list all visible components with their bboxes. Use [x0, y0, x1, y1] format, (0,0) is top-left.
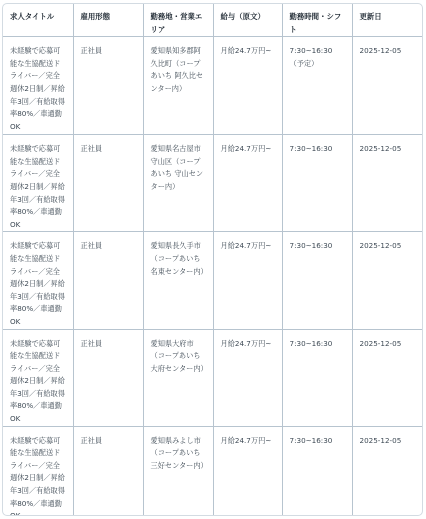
job-listings-table-container: 求人タイトル 雇用形態 勤務地・営業エリア 給与（原文） 勤務時間・シフト 更新…: [2, 3, 423, 516]
cell-employment-type: 正社員: [73, 426, 143, 516]
header-employment-type: 雇用形態: [73, 4, 143, 37]
table-row: 未経験で応募可能な生協配送ドライバー／完全週休2日制／昇給年3回／有給取得率80…: [3, 37, 423, 135]
cell-updated: 2025-12-05: [352, 135, 423, 232]
cell-hours: 7:30~16:30: [282, 232, 352, 329]
cell-location: 愛知県名古屋市守山区（コープあいち 守山センター内）: [143, 135, 213, 232]
cell-location: 愛知県知多郡阿久比町（コープあいち 阿久比センター内）: [143, 37, 213, 135]
cell-updated: 2025-12-05: [352, 232, 423, 329]
cell-salary: 月給24.7万円~: [213, 426, 282, 516]
cell-salary: 月給24.7万円~: [213, 135, 282, 232]
header-location: 勤務地・営業エリア: [143, 4, 213, 37]
header-hours: 勤務時間・シフト: [282, 4, 352, 37]
header-updated: 更新日: [352, 4, 423, 37]
cell-salary: 月給24.7万円~: [213, 329, 282, 426]
cell-job-title: 未経験で応募可能な生協配送ドライバー／完全週休2日制／昇給年3回／有給取得率80…: [3, 37, 73, 135]
cell-employment-type: 正社員: [73, 37, 143, 135]
cell-location: 愛知県大府市（コープあいち大府センター内）: [143, 329, 213, 426]
cell-hours: 7:30~16:30: [282, 329, 352, 426]
table-row: 未経験で応募可能な生協配送ドライバー／完全週休2日制／昇給年3回／有給取得率80…: [3, 135, 423, 232]
cell-job-title: 未経験で応募可能な生協配送ドライバー／完全週休2日制／昇給年3回／有給取得率80…: [3, 426, 73, 516]
cell-salary: 月給24.7万円~: [213, 37, 282, 135]
header-salary: 給与（原文）: [213, 4, 282, 37]
cell-employment-type: 正社員: [73, 232, 143, 329]
cell-updated: 2025-12-05: [352, 426, 423, 516]
job-listings-table: 求人タイトル 雇用形態 勤務地・営業エリア 給与（原文） 勤務時間・シフト 更新…: [3, 4, 423, 516]
cell-employment-type: 正社員: [73, 135, 143, 232]
cell-location: 愛知県長久手市（コープあいち名東センター内）: [143, 232, 213, 329]
table-row: 未経験で応募可能な生協配送ドライバー／完全週休2日制／昇給年3回／有給取得率80…: [3, 329, 423, 426]
header-job-title: 求人タイトル: [3, 4, 73, 37]
cell-salary: 月給24.7万円~: [213, 232, 282, 329]
table-row: 未経験で応募可能な生協配送ドライバー／完全週休2日制／昇給年3回／有給取得率80…: [3, 232, 423, 329]
cell-job-title: 未経験で応募可能な生協配送ドライバー／完全週休2日制／昇給年3回／有給取得率80…: [3, 232, 73, 329]
table-row: 未経験で応募可能な生協配送ドライバー／完全週休2日制／昇給年3回／有給取得率80…: [3, 426, 423, 516]
cell-job-title: 未経験で応募可能な生協配送ドライバー／完全週休2日制／昇給年3回／有給取得率80…: [3, 329, 73, 426]
cell-updated: 2025-12-05: [352, 329, 423, 426]
cell-hours: 7:30~16:30: [282, 135, 352, 232]
cell-location: 愛知県みよし市（コープあいち三好センター内）: [143, 426, 213, 516]
cell-hours: 7:30~16:30（予定）: [282, 37, 352, 135]
cell-employment-type: 正社員: [73, 329, 143, 426]
table-header-row: 求人タイトル 雇用形態 勤務地・営業エリア 給与（原文） 勤務時間・シフト 更新…: [3, 4, 423, 37]
cell-updated: 2025-12-05: [352, 37, 423, 135]
cell-job-title: 未経験で応募可能な生協配送ドライバー／完全週休2日制／昇給年3回／有給取得率80…: [3, 135, 73, 232]
cell-hours: 7:30~16:30: [282, 426, 352, 516]
